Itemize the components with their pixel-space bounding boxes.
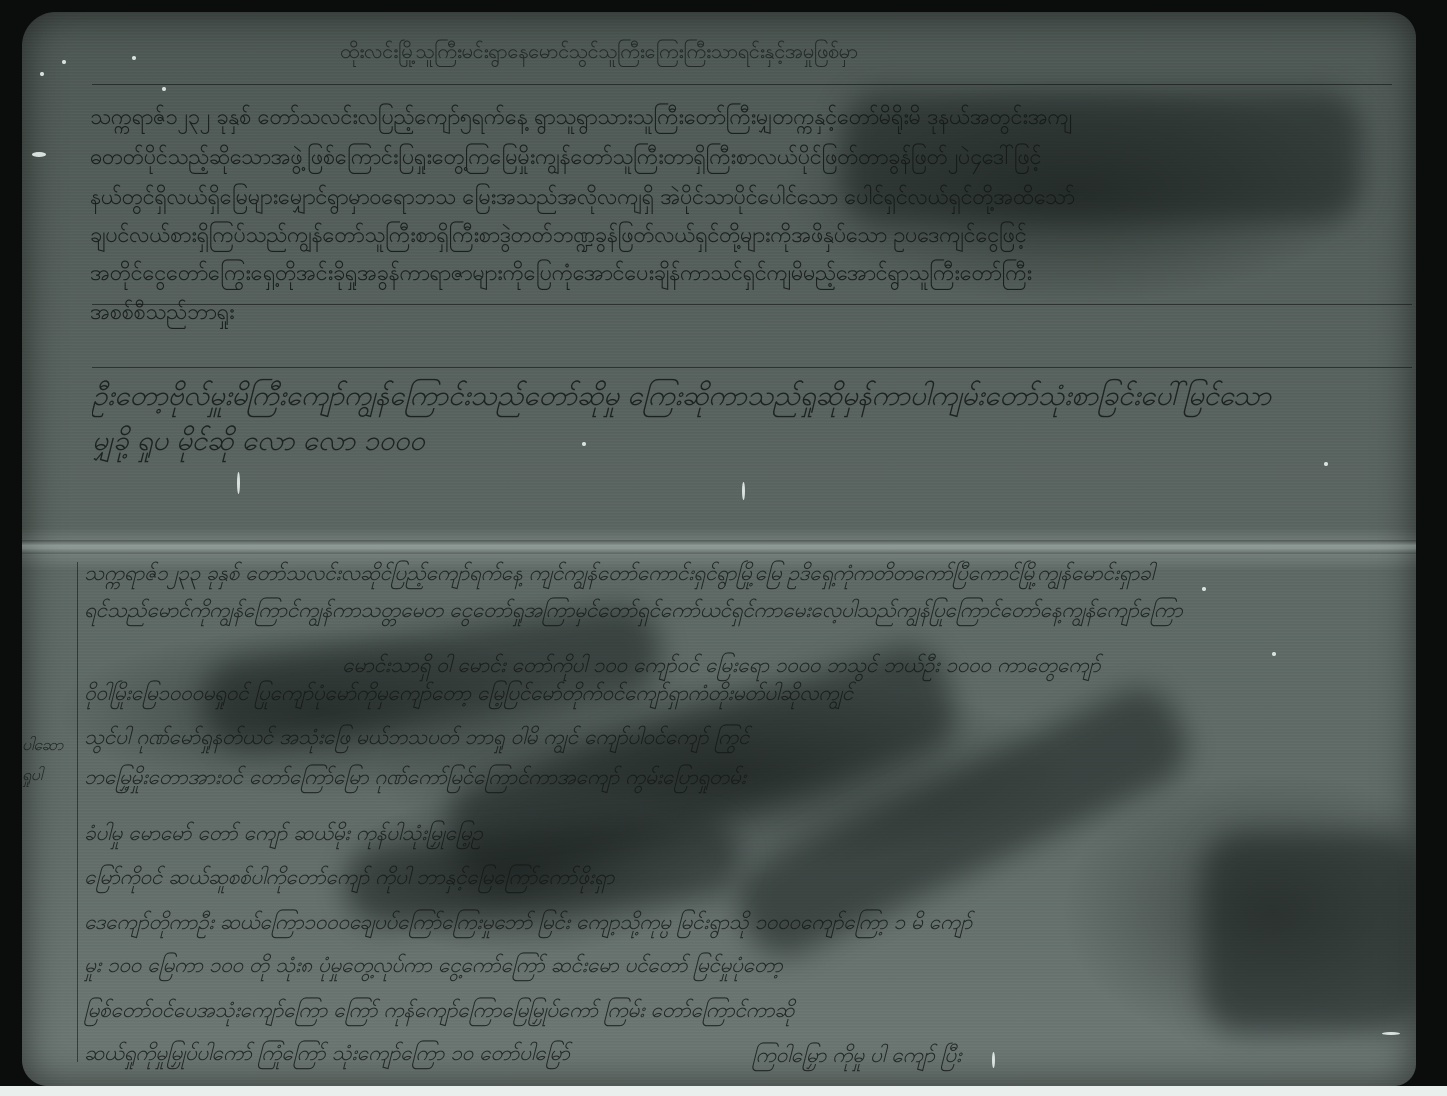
dust-speck — [62, 60, 66, 64]
dust-speck — [992, 1052, 995, 1068]
manuscript-board: ထိုးလင်းမြို့သူကြီးမင်းရွာနေမောင်သွင်သူက… — [22, 12, 1416, 1086]
photo-bottom-edge — [0, 1086, 1447, 1096]
handwritten-line: မြော်ကိုဝင် ဆယ်ဆူစစ်ပါကိုတော်ကျော် ကိုပါ… — [84, 864, 1414, 895]
margin-note: ရှုပါ — [22, 764, 76, 788]
handwritten-line: သက္ကရာဇ်၁၂၃၃ ခုနှစ် တော်သလင်းလဆိုင်ပြည့်… — [84, 560, 1414, 591]
handwritten-line: ကြဝါမြှော ကိုမှု ပါ ကျော် ပြီး — [752, 1042, 1052, 1073]
dust-speck — [1202, 587, 1206, 591]
handwritten-line: ခံပါမှု မောမော် တော် ကျော် ဆယ်မိုး ကုန်ပ… — [84, 820, 1414, 851]
handwritten-line: ဝိုဝါမြိုးမြေ၁၀၀၀မရှုဝင် ပြုကျော်ပုံမော်… — [84, 680, 1414, 711]
handwritten-line: ဘမြှေ့မှိုးတောအားဝင် တော်ကြော်မြော ဂုဏ်က… — [84, 764, 1414, 795]
ruling-line — [92, 367, 1412, 368]
printed-line: ချပင်လယ်စားရှိကြပ်သည်ကျွန်တော်သူကြီးစာရှ… — [90, 220, 1400, 253]
handwritten-line: မောင်းသာရှိ ဝါ မောင်း တော်ကိုပါ ၁၀၀ ကျော… — [342, 652, 1342, 683]
dust-speck — [132, 56, 136, 60]
dust-speck — [1382, 1032, 1400, 1035]
printed-line: နယ်တွင်ရှိလယ်ရှိမြေများမျှောင်ရွာမှာဝရော… — [90, 182, 1400, 215]
handwritten-line: ရင်သည်မောင်ကိုကျွန်ကြောင်ကျွန်ကာသတ္တမေတ … — [84, 597, 1414, 628]
printed-line: ဓတတ်ပိုင်သည့်ဆိုသောအဖွဲ့ဖြစ်ကြောင်းပြရှု… — [90, 142, 1410, 175]
margin-note: ပါဆော — [22, 734, 76, 758]
manuscript-photograph: ထိုးလင်းမြို့သူကြီးမင်းရွာနေမောင်သွင်သူက… — [0, 0, 1447, 1096]
dust-speck — [742, 482, 745, 500]
dust-speck — [40, 72, 44, 76]
handwritten-line: ဒေကျော်တိုကာဦး ဆယ်ကြော၁၀၀၀ချေပပ်ကြော်ကြေ… — [84, 909, 1414, 940]
printed-line: အတိုင်ငွေတော်ကြွေးရှေ့တိုအင်းခိုရှုအခွန်… — [90, 258, 1400, 291]
handwritten-note-line: ဦးတော့ဗိုလ်မှူးမိကြီးကျော်ကျွန်ကြောင်းသည… — [92, 377, 1412, 419]
dust-speck — [1272, 652, 1276, 656]
fold-crease — [22, 540, 1416, 554]
dust-speck — [582, 442, 586, 446]
printed-line: အစစ်စီသည်ဘာရှုး — [90, 297, 490, 330]
printed-line: သက္ကရာဇ်၁၂၃၂ ခုနှစ် တော်သလင်းလပြည့်ကျော်… — [90, 102, 1416, 135]
ruling-line — [92, 84, 1392, 85]
handwritten-line: သွင်ပါ ဂုဏ်မော်ရှုနတ်ယင် အသုံးဖြေ မယ်ဘသပ… — [84, 724, 1414, 755]
ruling-line — [77, 562, 78, 1062]
handwritten-note-line: မျှခို့ ရှုပ မိုင်ဆို လော လော ၁၀၀၀ — [92, 422, 612, 464]
handwritten-line: မြစ်တော်ဝင်ပေအသုံးကျော်ကြော ကြော် ကုန်ကျ… — [84, 997, 1084, 1028]
dust-speck — [1324, 462, 1328, 466]
dust-speck — [162, 87, 166, 91]
dust-speck — [32, 152, 46, 157]
dust-speck — [237, 472, 240, 494]
manuscript-title-line: ထိုးလင်းမြို့သူကြီးမင်းရွာနေမောင်သွင်သူက… — [340, 38, 1340, 68]
handwritten-line: မှုး ၁၀၀ မြေကာ ၁၀၀ တို သုံး၈ ပုံမှုတွေ့လ… — [84, 952, 1414, 983]
